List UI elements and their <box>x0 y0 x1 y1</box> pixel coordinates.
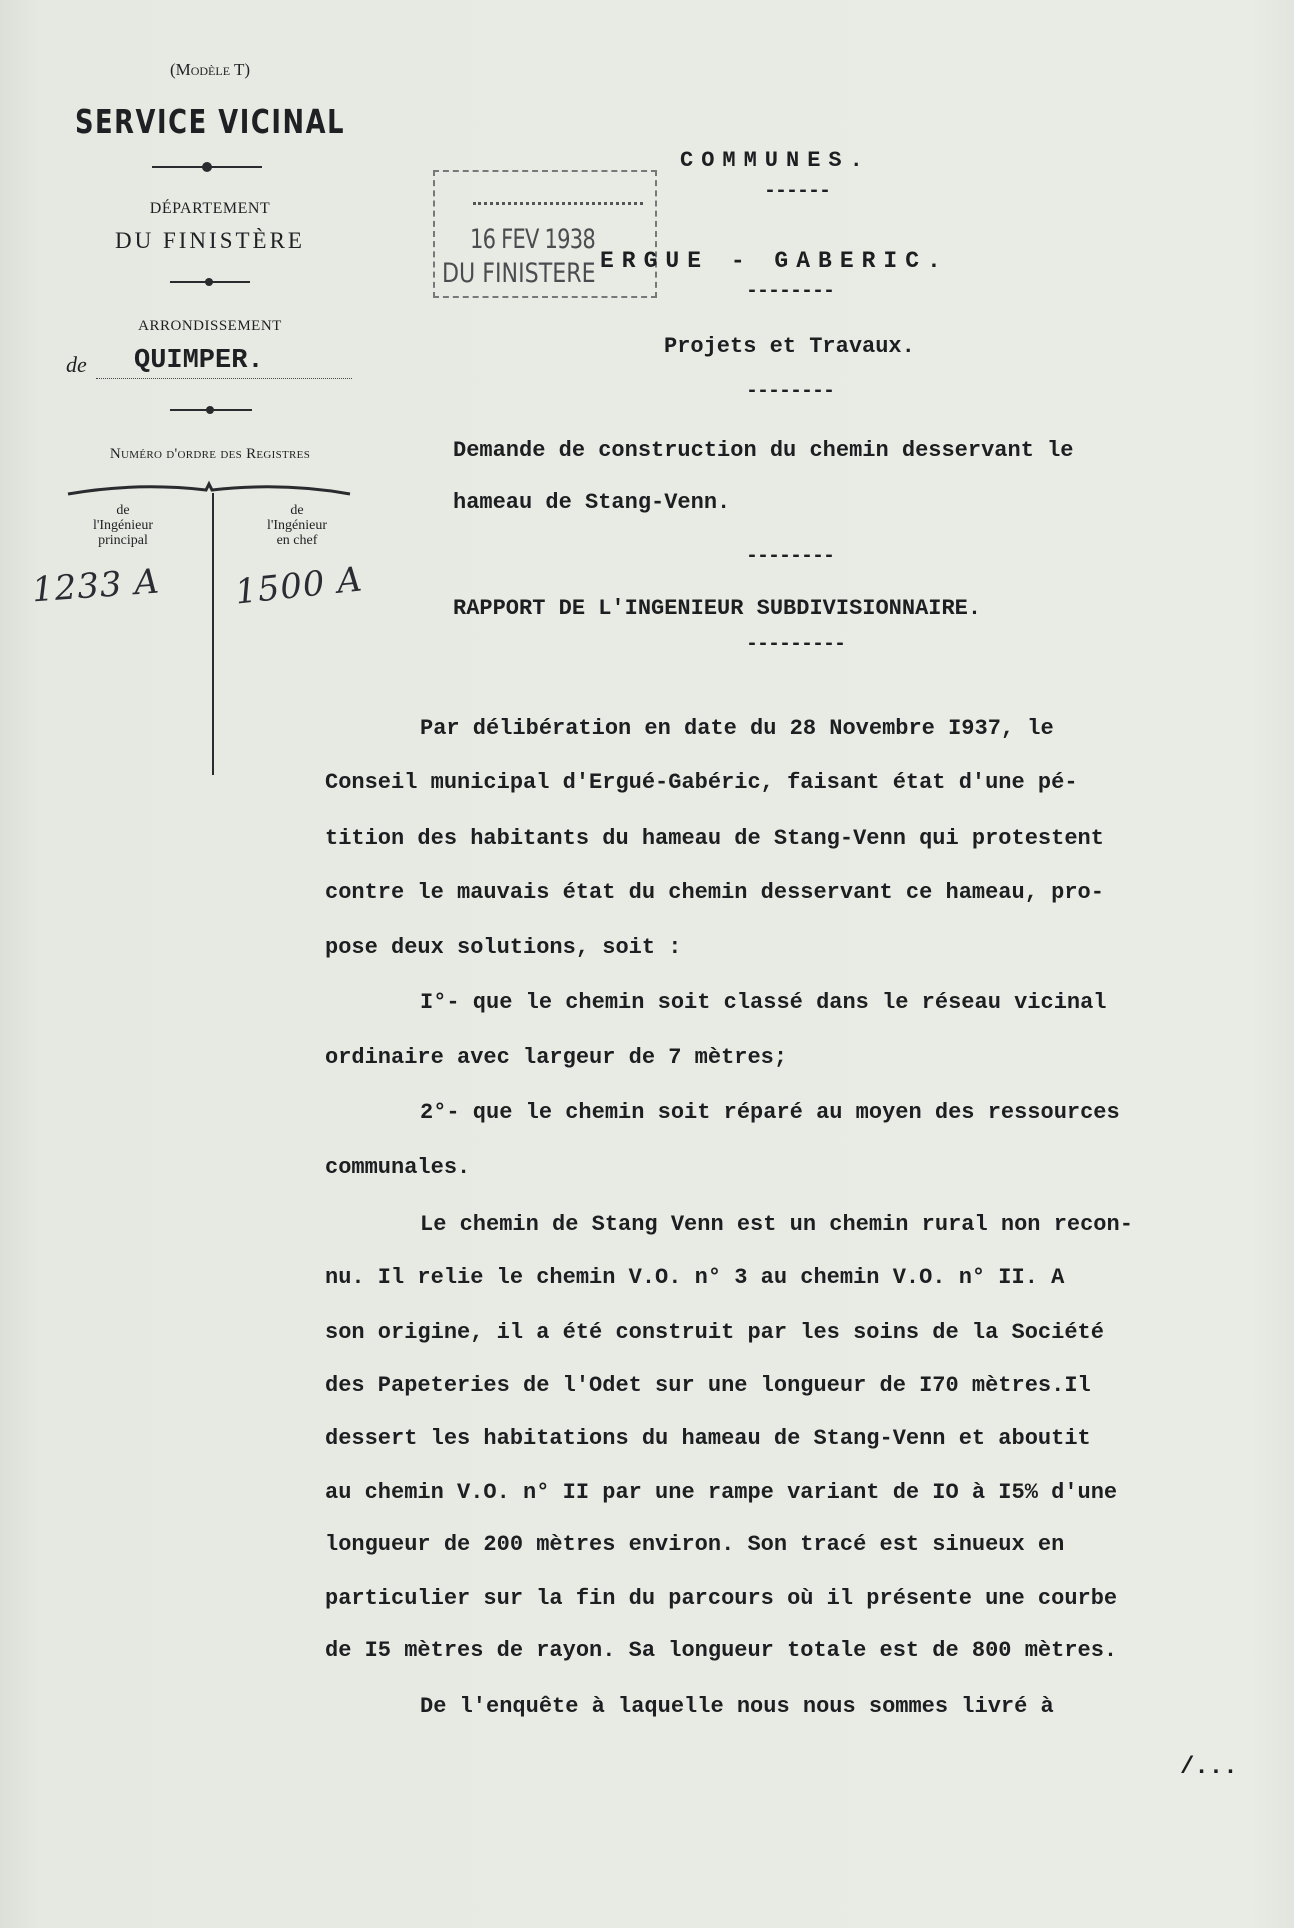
continuation-mark: /... <box>1180 1754 1238 1781</box>
register-left-label: de l'Ingénieur principal <box>48 503 198 548</box>
ornament-divider <box>170 409 252 411</box>
arrondissement-label: ARRONDISSEMENT <box>0 318 420 335</box>
body-line: 2°- que le chemin soit réparé au moyen d… <box>420 1100 1120 1125</box>
stamp-date: 16 FEV 1938 <box>470 224 595 255</box>
body-line: communales. <box>325 1155 470 1180</box>
body-line: Le chemin de Stang Venn est un chemin ru… <box>420 1212 1133 1237</box>
body-line: longueur de 200 mètres environ. Son trac… <box>325 1532 1064 1557</box>
arrondissement-prefix: de <box>66 352 87 378</box>
subject-line: hameau de Stang-Venn. <box>453 490 730 515</box>
arrondissement-fill-line <box>96 378 352 379</box>
register-heading: Numéro d'ordre des Registres <box>0 446 420 463</box>
body-line: particulier sur la fin du parcours où il… <box>325 1586 1117 1611</box>
department-name: DU FINISTÈRE <box>0 228 420 254</box>
ornament-divider <box>152 166 262 168</box>
body-line: I°- que le chemin soit classé dans le ré… <box>420 990 1107 1015</box>
service-title: SERVICE VICINAL <box>46 102 374 141</box>
separator: --------- <box>746 633 845 656</box>
body-line: De l'enquête à laquelle nous nous sommes… <box>420 1694 1054 1719</box>
brace-icon <box>66 478 352 498</box>
label-line: de <box>222 503 372 518</box>
section-title: Projets et Travaux. <box>664 334 915 359</box>
subject-line: Demande de construction du chemin desser… <box>453 438 1074 463</box>
separator: -------- <box>746 280 834 303</box>
body-line: nu. Il relie le chemin V.O. n° 3 au chem… <box>325 1265 1064 1290</box>
register-column-divider <box>212 493 214 775</box>
label-line: l'Ingénieur <box>222 518 372 533</box>
body-line: dessert les habitations du hameau de Sta… <box>325 1426 1091 1451</box>
report-title: RAPPORT DE L'INGENIEUR SUBDIVISIONNAIRE. <box>453 596 981 621</box>
separator: -------- <box>746 545 834 568</box>
communes-heading: COMMUNES. <box>680 148 871 173</box>
body-line: Conseil municipal d'Ergué-Gabéric, faisa… <box>325 770 1078 795</box>
label-line: principal <box>48 533 198 548</box>
arrondissement-value: QUIMPER. <box>134 346 264 376</box>
body-line: contre le mauvais état du chemin desserv… <box>325 880 1104 905</box>
register-right-label: de l'Ingénieur en chef <box>222 503 372 548</box>
register-right-number: 1500 A <box>233 559 364 612</box>
stamp-dotted-line <box>473 202 643 205</box>
label-line: en chef <box>222 533 372 548</box>
label-line: l'Ingénieur <box>48 518 198 533</box>
body-line: au chemin V.O. n° II par une rampe varia… <box>325 1480 1117 1505</box>
body-line: son origine, il a été construit par les … <box>325 1320 1104 1345</box>
body-line: Par délibération en date du 28 Novembre … <box>420 716 1054 741</box>
separator: ------ <box>764 180 830 203</box>
commune-name: ERGUE - GABERIC. <box>600 248 949 274</box>
label-line: de <box>48 503 198 518</box>
stamp-department: DU FINISTERE <box>442 258 596 289</box>
body-line: pose deux solutions, soit : <box>325 935 681 960</box>
separator: -------- <box>746 380 834 403</box>
form-model-label: (Modèle T) <box>0 60 420 80</box>
ornament-divider <box>170 281 250 283</box>
body-line: ordinaire avec largeur de 7 mètres; <box>325 1045 787 1070</box>
body-line: des Papeteries de l'Odet sur une longueu… <box>325 1373 1091 1398</box>
body-line: tition des habitants du hameau de Stang-… <box>325 826 1104 851</box>
register-left-number: 1233 A <box>31 562 161 611</box>
body-line: de I5 mètres de rayon. Sa longueur total… <box>325 1638 1117 1663</box>
department-label: DÉPARTEMENT <box>0 200 420 218</box>
